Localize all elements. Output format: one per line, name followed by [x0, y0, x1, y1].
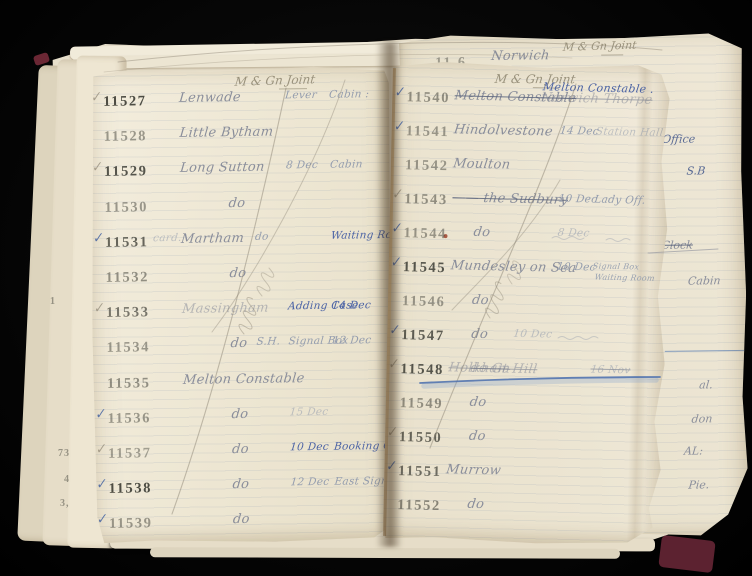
ledger-row: 11535Melton Constable — [93, 371, 393, 405]
ledger-row: ✓11529Long Sutton8 DecCabin — [90, 160, 390, 194]
entry-number: 11541 — [406, 123, 450, 141]
ledger-row: 11528Little Bytham — [90, 125, 390, 159]
entry-text: 8 Dec — [286, 159, 319, 171]
entry-text: do — [230, 336, 248, 351]
entry-text: 12 Dec — [290, 476, 330, 489]
ledger-row: 11532do — [91, 266, 391, 300]
entry-text: card. — [153, 232, 183, 244]
ledger-row: ✓11545Mundesley on Sea10 DecSignal BoxWa… — [388, 259, 667, 295]
entry-number: 11537 — [108, 445, 152, 463]
entry-number: 11549 — [399, 395, 443, 413]
entry-text: Martham — [180, 231, 244, 247]
entry-text: do — [469, 395, 488, 410]
entry-number: 11533 — [106, 304, 150, 322]
entry-text: Cabin — [330, 159, 364, 171]
ledger-row: ✓11531card.MarthamdoWaiting Room — [91, 231, 391, 265]
entry-text: do — [254, 230, 269, 242]
ledger-row: ✓11551Murrow — [384, 463, 663, 499]
ledger-row: 11542Moulton — [391, 157, 670, 193]
partial-entry-number: 3, — [60, 498, 70, 509]
page-right: M & Gn Joint Melton Constable . ✓11540Me… — [383, 59, 672, 547]
entry-text: Massingham — [181, 301, 269, 317]
entry-text: do — [231, 407, 249, 422]
entry-text: 16 Nov — [590, 363, 631, 376]
ledger-row: ✓11538do12 DecEast Signal Box — [94, 477, 394, 511]
entry-number: 11531 — [105, 234, 149, 252]
entry-text: Signal Box — [592, 261, 640, 271]
entry-text: do — [466, 497, 485, 512]
entry-number: 11538 — [108, 480, 152, 498]
ledger-row: ✓11527LenwadeLeverCabin : — [89, 90, 389, 124]
entry-text: do — [229, 266, 247, 281]
entry-text: 8 Dec — [557, 227, 591, 240]
entry-text: Hindolvestone — [453, 122, 554, 139]
entry-text: Murrow — [445, 462, 502, 478]
entry-text: do — [473, 225, 492, 240]
page-left: M & Gn Joint ✓11527LenwadeLeverCabin :11… — [89, 64, 396, 546]
entry-number: 11546 — [402, 293, 446, 311]
entry-number: 11542 — [405, 157, 449, 175]
entry-text: Norwich Thorpe — [540, 90, 654, 107]
entry-text: 10 Dec — [513, 328, 554, 341]
entry-text: do — [228, 196, 246, 211]
ledger-row: ✓11547do10 Dec — [387, 327, 666, 363]
entry-number: 11543 — [404, 191, 448, 209]
entry-number: 11545 — [403, 259, 447, 277]
ledger-row: ✓11550do — [384, 429, 663, 465]
partial-entry-number: 4 — [64, 474, 70, 485]
entry-text: Lady Off. — [594, 194, 647, 207]
entry-text: Little Bytham — [179, 125, 274, 141]
entry-text: 14 Dec — [331, 299, 371, 312]
entry-number: 11536 — [107, 410, 151, 428]
entry-text: —— the Sudbury — [451, 190, 568, 208]
ledger-row: 11530do — [91, 196, 391, 230]
entry-text: Lenwade — [178, 90, 241, 106]
entry-text: 10 Dec — [556, 261, 597, 274]
entry-text: do — [470, 327, 489, 342]
check-mark-icon: ✓ — [93, 230, 105, 247]
entry-text: do Gt Hill — [470, 361, 539, 377]
partial-entry-number: 73 — [58, 448, 70, 459]
entry-text: Melton Constable — [182, 371, 305, 388]
entry-text: 15 Dec — [289, 406, 329, 419]
ledger-row: ✓11540Melton ConstableNorwich Thorpe — [392, 89, 671, 125]
entry-text: Waiting Room — [594, 273, 655, 283]
entry-number: 11527 — [103, 93, 147, 111]
ledger-row: 11552do — [383, 497, 662, 533]
ledger-photo: 17343, M & Gn Joint 11 6 Norwich OfficeS… — [0, 0, 752, 576]
entry-number: 11535 — [107, 375, 151, 393]
entry-number: 11552 — [397, 497, 441, 515]
entry-text: S.H. — [256, 336, 281, 348]
entry-text: Lever — [285, 89, 318, 101]
check-mark-icon: ✓ — [94, 300, 106, 317]
check-mark-icon: ✓ — [96, 441, 108, 458]
entry-number: 11530 — [105, 199, 149, 217]
entry-number: 11528 — [104, 128, 148, 146]
entry-text: 14 Dec — [559, 125, 600, 138]
entry-text: do — [471, 293, 490, 308]
entry-text: 10 Dec — [558, 193, 599, 206]
entry-text: 10 Dec — [289, 441, 329, 454]
entry-text: do — [468, 429, 487, 444]
entry-text: Cabin : — [329, 88, 370, 101]
ledger-row: ✓11533MassinghamAdding Case14 Dec — [92, 301, 392, 335]
entry-number: 11544 — [403, 225, 447, 243]
ledger-row: ✓11543—— the Sudbury10 DecLady Off. — [390, 191, 669, 227]
entry-text: 12 Dec — [332, 335, 372, 348]
ledger-row: ✓11548Holkhamdo Gt Hill16 Nov — [386, 361, 665, 397]
partial-entry-number: 1 — [50, 296, 56, 307]
entry-number: 11529 — [104, 164, 148, 182]
ledger-row: 11546do — [388, 293, 667, 329]
entry-number: 11540 — [406, 89, 450, 107]
entry-text: do — [232, 477, 250, 492]
ledger-row: ✓11541Hindolvestone14 DecStation Hall — [391, 123, 670, 159]
entry-text: do — [231, 442, 249, 457]
entry-text: Station Hall — [595, 126, 664, 139]
check-mark-icon: ✓ — [92, 159, 104, 176]
ledger-row: ✓11537do10 DecBooking Office — [94, 442, 394, 476]
entry-number: 11548 — [400, 361, 444, 379]
check-mark-icon: ✓ — [96, 476, 108, 493]
entry-text: Moulton — [452, 156, 511, 172]
entry-number: 11532 — [105, 269, 149, 287]
ledger-row: 11549do — [385, 395, 664, 431]
entry-number: 11534 — [106, 340, 150, 358]
entry-number: 11539 — [109, 516, 153, 534]
entry-number: 11550 — [399, 429, 443, 447]
ledger-row: 11534doS.H.Signal Box12 Dec — [92, 336, 392, 370]
entry-text: Long Sutton — [179, 160, 265, 176]
check-mark-icon: ✓ — [95, 406, 107, 423]
entry-number: 11547 — [401, 327, 445, 345]
ledger-row: ✓11544do8 Dec — [389, 225, 668, 261]
ledger-row: ✓11536do15 Dec — [93, 407, 393, 441]
entry-text: do — [232, 512, 250, 527]
entry-number: 11551 — [398, 463, 442, 481]
